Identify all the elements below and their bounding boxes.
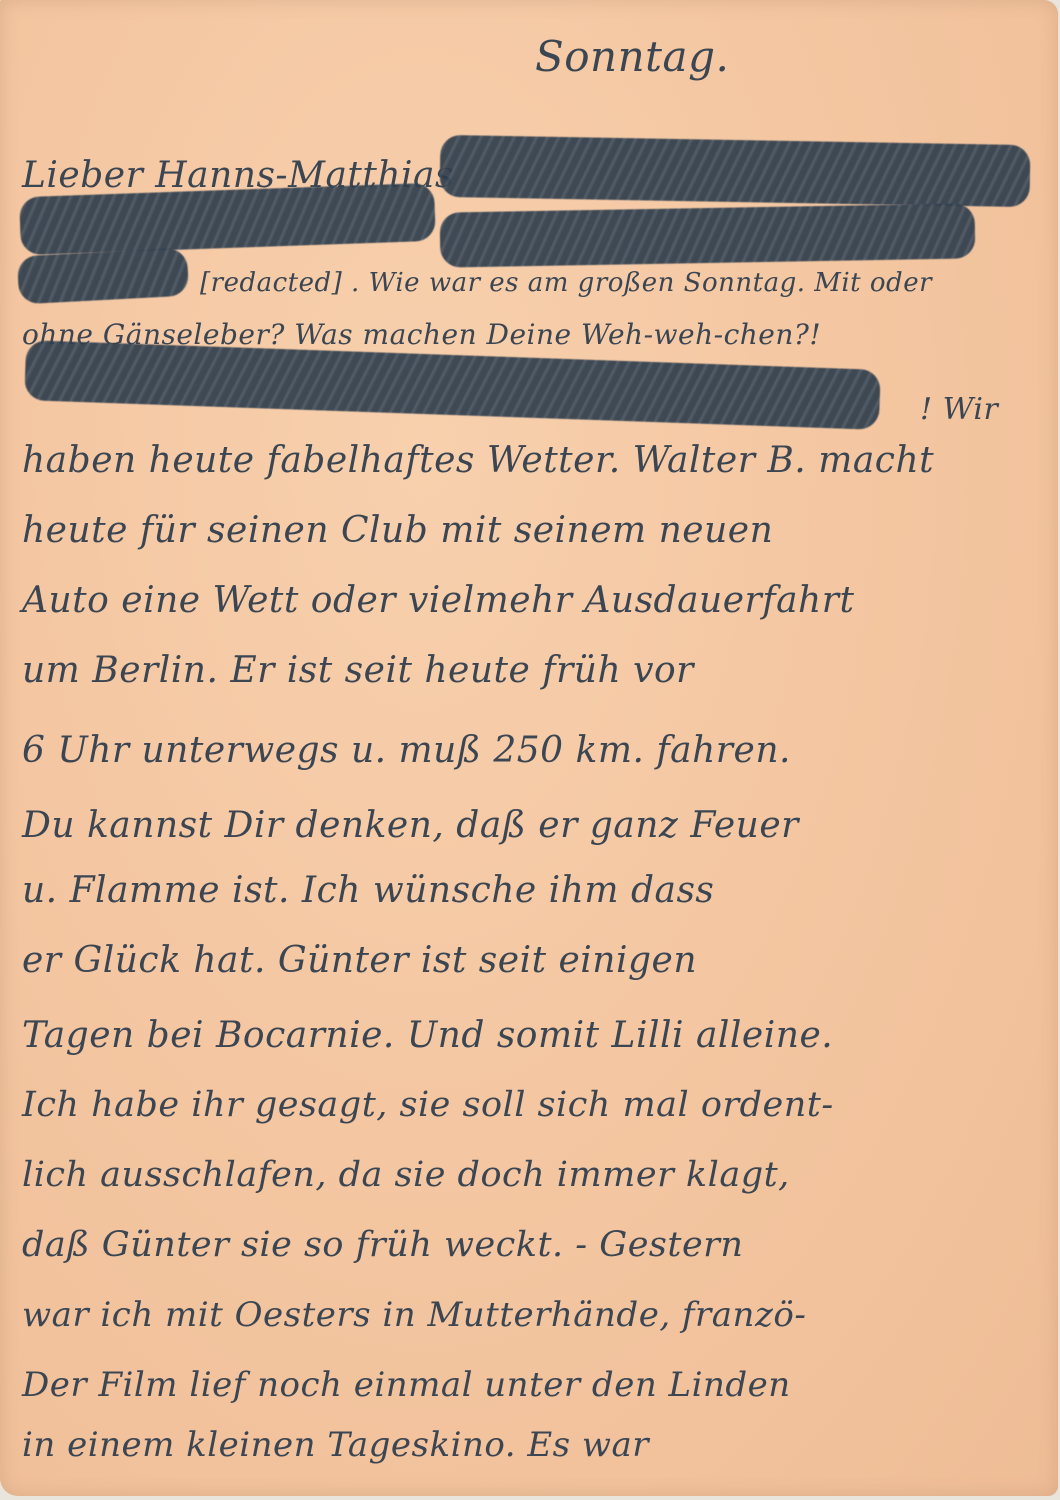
text-line: Auto eine Wett oder vielmehr Ausdauerfah… xyxy=(22,580,854,621)
text-line: Ich habe ihr gesagt, sie soll sich mal o… xyxy=(22,1085,834,1125)
text-line: Tagen bei Bocarnie. Und somit Lilli alle… xyxy=(22,1015,833,1056)
redaction-block xyxy=(17,248,189,305)
text-line: um Berlin. Er ist seit heute früh vor xyxy=(22,650,694,691)
text-line: in einem kleinen Tageskino. Es war xyxy=(22,1425,649,1465)
text-line: haben heute fabelhaftes Wetter. Walter B… xyxy=(22,440,934,481)
text-line: Du kannst Dir denken, daß er ganz Feuer xyxy=(22,805,799,846)
redaction-block xyxy=(440,135,1031,207)
text-line: heute für seinen Club mit seinem neuen xyxy=(22,510,773,551)
redaction-block xyxy=(24,340,881,430)
text-line: Der Film lief noch einmal unter den Lind… xyxy=(22,1365,791,1405)
text-line: [redacted] . Wie war es am großen Sonnta… xyxy=(200,268,932,298)
text-line: daß Günter sie so früh weckt. - Gestern xyxy=(22,1225,743,1265)
text-line: lich ausschlafen, da sie doch immer klag… xyxy=(22,1155,790,1195)
heading-date: Sonntag. xyxy=(535,32,729,81)
text-line: war ich mit Oesters in Mutterhände, fran… xyxy=(22,1295,806,1335)
text-line: 6 Uhr unterwegs u. muß 250 km. fahren. xyxy=(22,730,791,771)
text-line: er Glück hat. Günter ist seit einigen xyxy=(22,940,697,981)
redaction-block xyxy=(440,203,976,267)
text-line: u. Flamme ist. Ich wünsche ihm dass xyxy=(22,870,714,911)
text-line: ! Wir xyxy=(920,392,998,427)
postcard-paper: Sonntag. Lieber Hanns-Matthias [redacted… xyxy=(0,0,1058,1496)
